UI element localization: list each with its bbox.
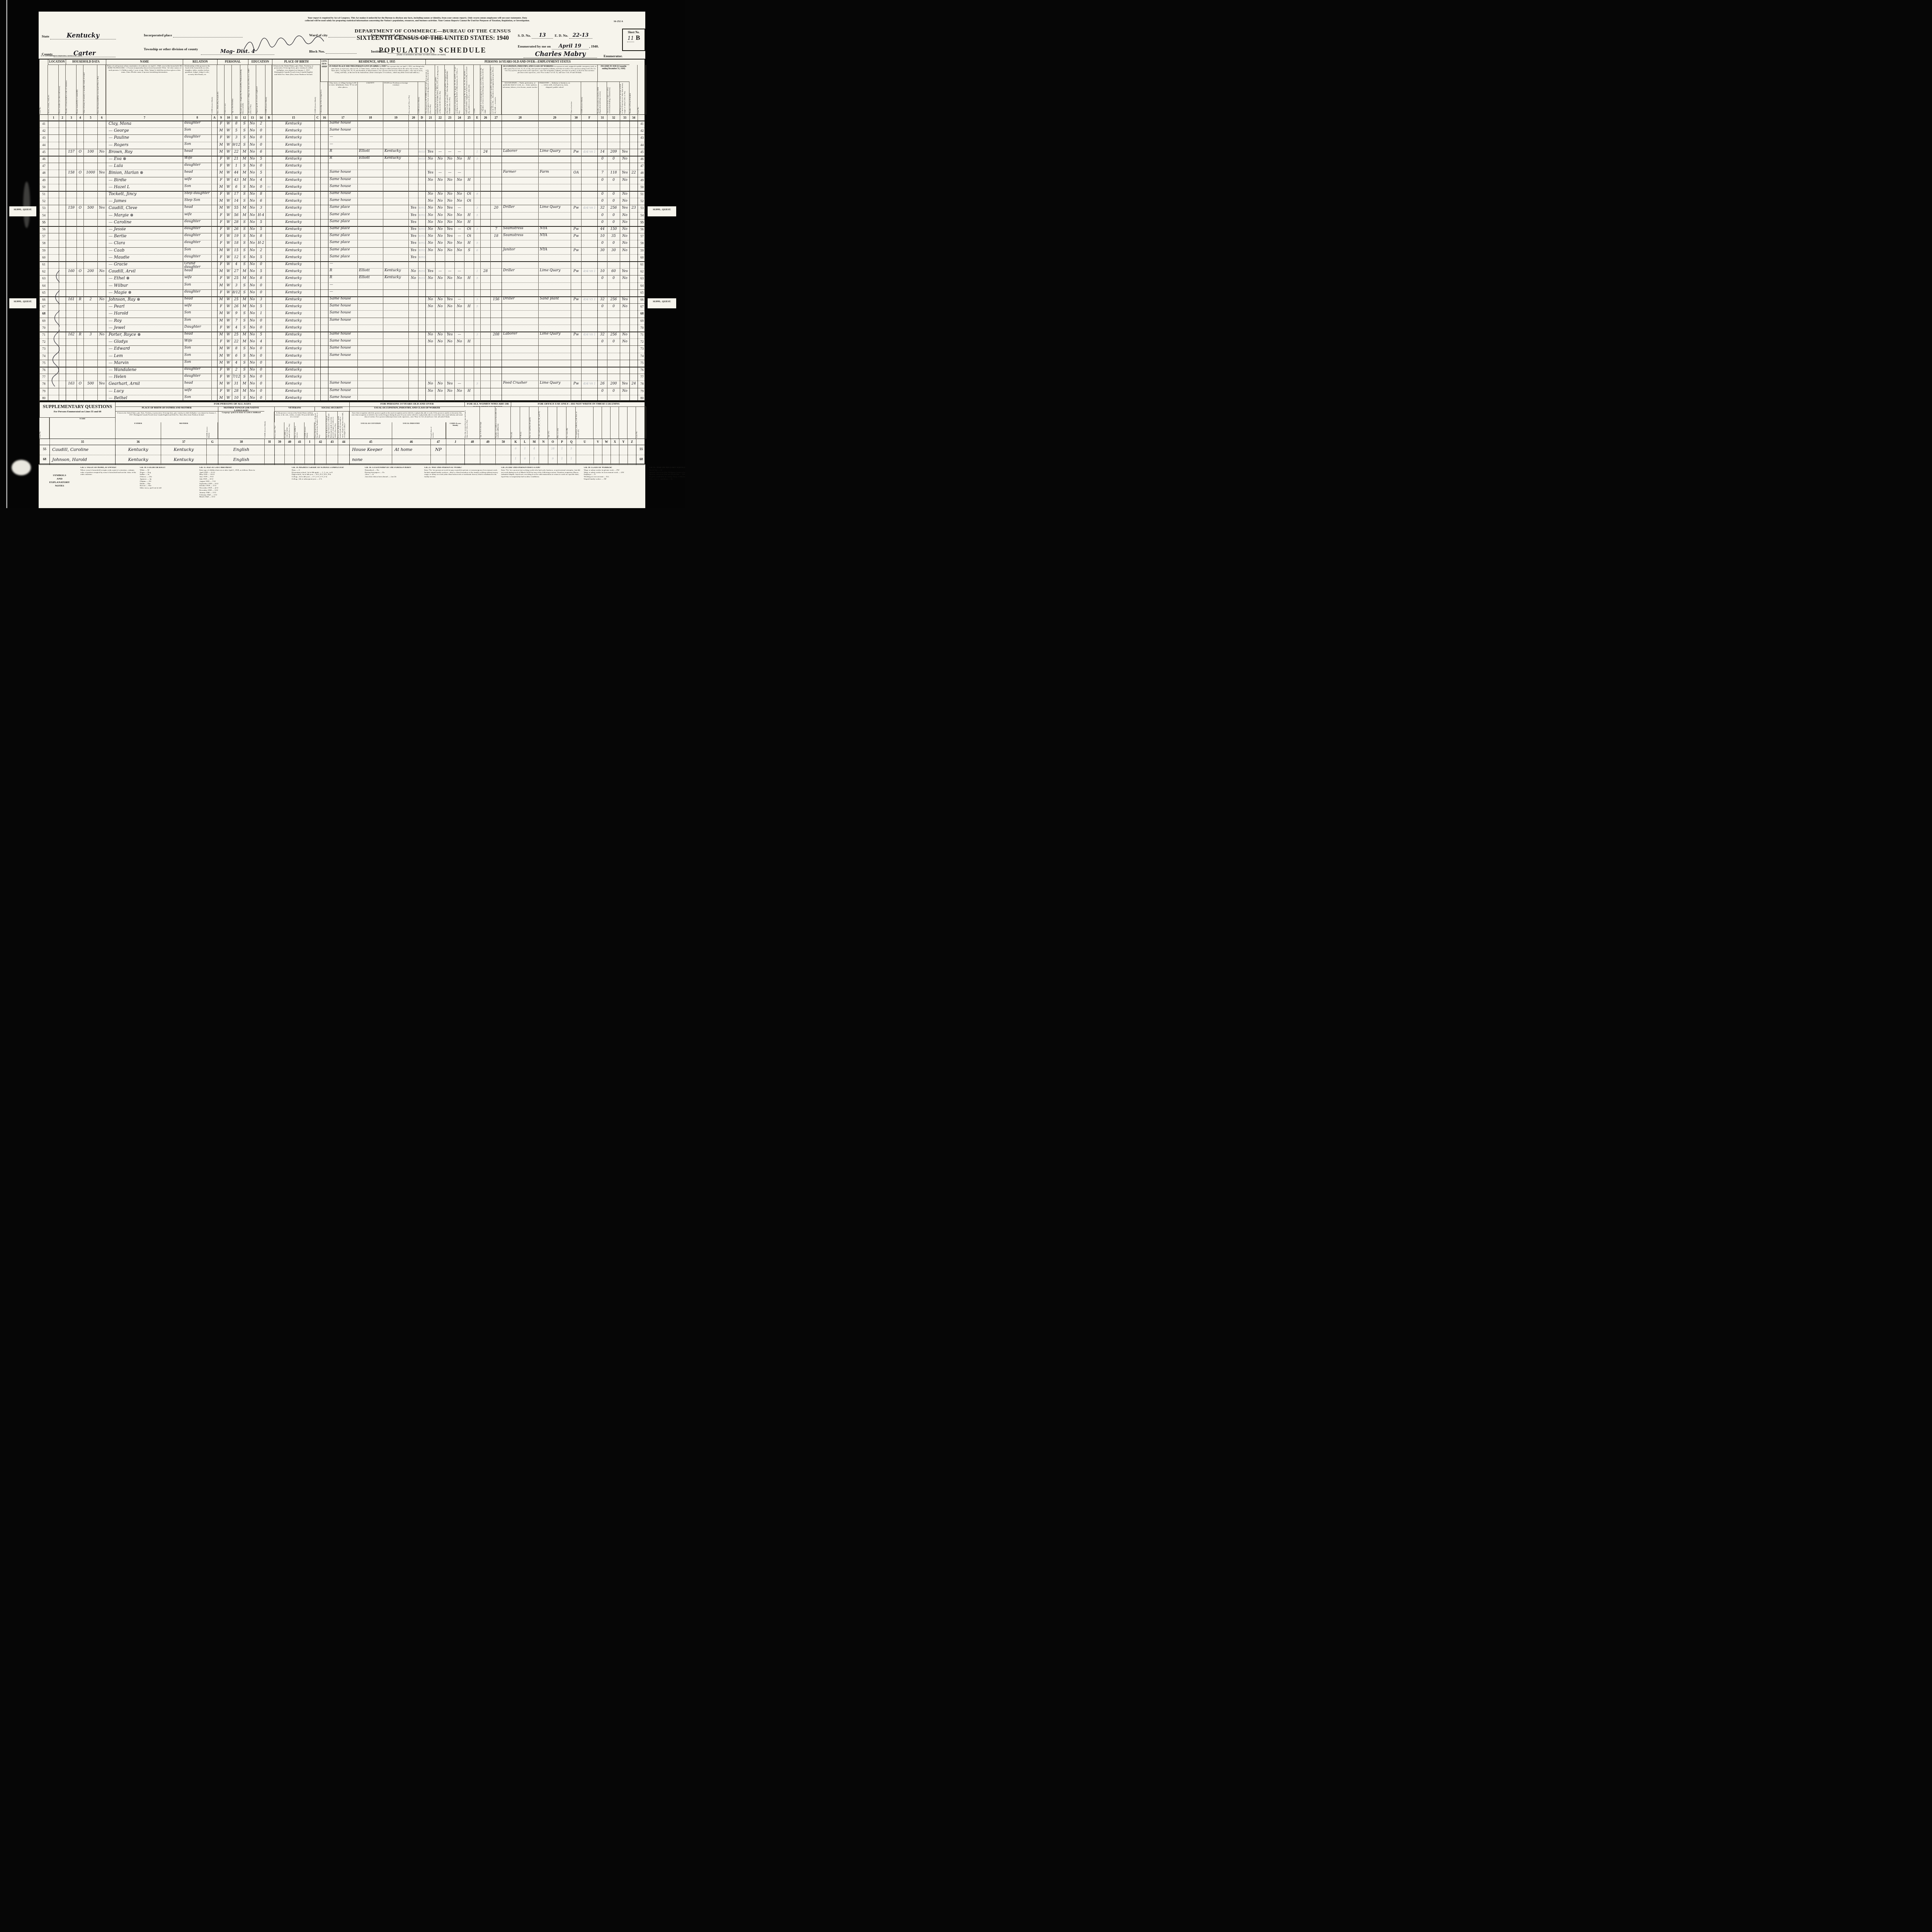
cell-value: 5 (474, 241, 480, 245)
cell-value: F (218, 234, 224, 238)
cell-value: 208 (491, 333, 502, 337)
cell-20 (408, 353, 418, 360)
column-label: For persons answering 'No' to quest. 21,… (464, 65, 474, 114)
cell-12: M (240, 303, 248, 310)
cell-A (211, 198, 217, 205)
cell-30 (571, 254, 581, 261)
cell-3 (66, 275, 77, 282)
table-row: 43— PaulinedaughterFW3SNo0Kentucky—43 (39, 134, 645, 142)
cell-1 (48, 219, 59, 226)
column-subheader: OCCUPATION, INDUSTRY, AND CLASS OF WORKE… (502, 65, 597, 82)
cell-28 (502, 177, 538, 184)
cell-value: 58 (40, 241, 48, 245)
cell-28 (502, 367, 538, 374)
cell-19: Kentucky (383, 275, 408, 282)
cell-24 (454, 254, 464, 261)
cell-value: Kentucky (272, 185, 315, 189)
cell-5 (83, 367, 97, 374)
cell-line: 72 (39, 338, 48, 345)
cell-value: — (455, 234, 464, 238)
cell-value: Pw (571, 382, 581, 386)
cell-12: S (240, 282, 248, 289)
cell-17 (328, 163, 357, 170)
cell-18 (357, 240, 383, 247)
cell-4 (77, 310, 83, 317)
cell-value: S (241, 375, 248, 379)
cell-19 (383, 296, 408, 303)
cell-value: H (464, 241, 474, 245)
cell-1 (48, 240, 59, 247)
cell-value: F (218, 157, 224, 161)
cell-11: 22 (232, 149, 240, 156)
cell-3: 159 (66, 205, 77, 212)
cell-C (315, 226, 320, 233)
cell-value: 159 (66, 206, 77, 210)
institution-note: (Name of institution and lines on which … (371, 54, 471, 56)
cell-value: 73 (40, 347, 48, 350)
cell-value: Kentucky (272, 136, 315, 139)
cell-27 (490, 191, 502, 198)
cell-F (581, 345, 597, 352)
cell-value: Kentucky (272, 319, 315, 323)
cell-A (211, 156, 217, 163)
cell-23: — (445, 268, 454, 275)
cell-value: No (435, 389, 445, 393)
cell-4 (77, 212, 83, 219)
column-label: Number of Farm Schedule (629, 65, 638, 114)
column-group: RELATION (183, 60, 217, 65)
cell-value: No (248, 178, 256, 182)
cell-value: 55 (638, 220, 646, 224)
cell-30: Pw (571, 205, 581, 212)
cell-21 (425, 310, 435, 317)
cell-21 (425, 318, 435, 325)
cell-value: 45 (40, 150, 48, 154)
cell-20 (408, 156, 418, 163)
cell-28 (502, 128, 538, 134)
cell-29 (538, 198, 571, 205)
cell-15: Kentucky (272, 163, 315, 170)
supp-cell-V (594, 445, 602, 455)
cell-21 (425, 121, 435, 128)
cell-13: No (248, 254, 256, 261)
cell-value: Clay, Mona (106, 121, 183, 126)
cell-value: No (455, 199, 464, 203)
cell-value: No (426, 382, 435, 386)
cell-F (581, 142, 597, 149)
cell-E (474, 170, 480, 177)
cell-value: Kentucky (272, 354, 315, 358)
cell-B (265, 381, 272, 388)
cell-3 (66, 134, 77, 141)
cell-value: Yes (409, 248, 418, 252)
cell-9: F (217, 261, 224, 268)
cell-10: W (224, 325, 232, 332)
cell-15: Kentucky (272, 121, 315, 128)
cell-12: S (240, 325, 248, 332)
cell-value: 57 (638, 234, 646, 238)
cell-value: Kentucky (272, 389, 315, 393)
cell-value: 0 (607, 213, 620, 217)
cell-11: 4 (232, 261, 240, 268)
cell-22 (435, 134, 445, 141)
cell-18 (357, 353, 383, 360)
cell-value: 0 (257, 185, 265, 189)
cell-1 (48, 198, 59, 205)
cell-27 (490, 212, 502, 219)
supp-cell-K: 0 (511, 445, 520, 455)
cell-value: — (455, 150, 464, 154)
cell-C (315, 289, 320, 296)
cell-15: Kentucky (272, 191, 315, 198)
cell-18 (357, 303, 383, 310)
cell-5 (83, 163, 97, 170)
cell-6 (97, 345, 106, 352)
cell-8: Son (183, 282, 211, 289)
column-number (39, 114, 48, 121)
table-row: 66161R2NoJohnson, Ray ⊗headMW25MNo3Kentu… (39, 296, 645, 304)
cell-B (265, 121, 272, 128)
supp-column-number: I (304, 439, 315, 445)
cell-value: Kentucky (272, 227, 315, 231)
cell-18 (357, 233, 383, 240)
cell-value: No (248, 311, 256, 315)
cell-32 (607, 325, 620, 332)
supp-subnote: Enter that occupation which the person r… (349, 412, 464, 422)
cell-19 (383, 289, 408, 296)
sheet-value: 11 (628, 36, 634, 41)
cell-value: Binion, Harlan ⊗ (106, 170, 183, 175)
column-label: Amount of money wages or salary received… (607, 82, 620, 114)
cell-value: 7/12 (232, 375, 240, 379)
cell-25: H (464, 338, 474, 345)
note-block: Col. 5. VALUE OF HOME, IF OWNED:Where ow… (80, 467, 138, 506)
cell-value: 4 (257, 178, 265, 182)
cell-value: F (218, 220, 224, 224)
cell-13: No (248, 268, 256, 275)
cell-13: No (248, 156, 256, 163)
cell-line: 64 (638, 282, 646, 289)
supp-cell-Y (619, 455, 628, 465)
cell-16 (320, 233, 328, 240)
cell-10: W (224, 282, 232, 289)
cell-value: No (435, 276, 445, 280)
cell-17: Same place (328, 212, 357, 219)
cell-2 (59, 374, 66, 381)
cell-value: No (248, 199, 256, 203)
township-field: Mag- Dist. 4 (201, 49, 274, 55)
cell-24: — (454, 233, 464, 240)
cell-value: No (435, 340, 445, 344)
cell-value: S (241, 319, 248, 323)
cell-value: — Roy (106, 318, 183, 323)
cell-value: No (435, 382, 445, 386)
cell-9: F (217, 289, 224, 296)
cell-value: Pw (571, 298, 581, 301)
column-group: PERSONAL DESCRIPTION (217, 60, 248, 65)
cell-3 (66, 254, 77, 261)
cell-value: 5 (232, 129, 240, 133)
cell-21 (425, 353, 435, 360)
cell-E (474, 134, 480, 141)
cell-32: 0 (607, 156, 620, 163)
cell-value: 3 (474, 206, 480, 209)
cell-29 (538, 345, 571, 352)
cell-value: 52 (638, 199, 646, 203)
cell-24 (454, 360, 464, 367)
cell-value: Kentucky (383, 150, 408, 153)
cell-18 (357, 282, 383, 289)
column-label: If not, was he at work on, or assigned t… (435, 65, 445, 114)
supp-cell-45: House Keeper (349, 445, 392, 455)
cell-9: F (217, 367, 224, 374)
cell-C (315, 367, 320, 374)
cell-value: 2 (84, 298, 97, 301)
cell-E (474, 184, 480, 191)
cell-C (315, 296, 320, 303)
cell-18 (357, 177, 383, 184)
cell-17: Same house (328, 332, 357, 338)
cell-value: 25 (232, 333, 240, 337)
cell-28 (502, 198, 538, 205)
cell-17: R (328, 156, 357, 163)
column-number: 25 (464, 114, 474, 121)
cell-34 (629, 374, 638, 381)
cell-value: 62 (40, 269, 48, 273)
cell-value: Tockett, Jincy (106, 192, 183, 196)
cell-18 (357, 310, 383, 317)
cell-23 (445, 367, 454, 374)
block-label: Block Nos. (309, 49, 325, 53)
cell-value: Same house (328, 318, 357, 322)
cell-value: Caudill, Arvil (106, 269, 183, 274)
cell-14: 3 (256, 205, 265, 212)
cell-A (211, 381, 217, 388)
cell-line: 63 (39, 275, 48, 282)
cell-value: 31 (232, 382, 240, 386)
cell-25: H (464, 388, 474, 395)
cell-26 (480, 233, 490, 240)
cell-3 (66, 367, 77, 374)
cell-26 (480, 367, 490, 374)
column-number: B (265, 114, 272, 121)
supp-column-label: CODE (Leave blank) (446, 422, 464, 439)
cell-9: M (217, 310, 224, 317)
cell-value: Same house (328, 339, 357, 343)
cell-value: 0 (257, 368, 265, 372)
cell-20 (408, 177, 418, 184)
cell-34 (629, 296, 638, 303)
cell-line: 71 (638, 332, 646, 338)
cell-12: S (240, 345, 248, 352)
table-row: 57— BertiedaughterFW19SNo8KentuckySame p… (39, 233, 645, 240)
cell-10: W (224, 247, 232, 254)
cell-C (315, 268, 320, 275)
cell-30 (571, 219, 581, 226)
cell-15: Kentucky (272, 177, 315, 184)
table-row: 67— PearlwifeFW26MNo5KentuckySame houseN… (39, 303, 645, 311)
cell-value: Yes (409, 234, 418, 238)
cell-value: — George (106, 128, 183, 133)
cell-value: No (620, 213, 629, 217)
cell-15: Kentucky (272, 268, 315, 275)
cell-value: M (218, 199, 224, 203)
cell-value: No (620, 199, 629, 203)
cell-6: No (97, 268, 106, 275)
supp-column-label: MOTHER (161, 422, 206, 439)
cell-line: 57 (39, 233, 48, 240)
cell-value: 500 (84, 206, 97, 210)
supp-cell-W (602, 445, 611, 455)
cell-9: M (217, 268, 224, 275)
cell-value: — (445, 171, 454, 175)
cell-2 (59, 170, 66, 177)
column-number: 23 (445, 114, 454, 121)
cell-value: 68 (636, 457, 646, 461)
cell-F: 454 V6 1 (581, 205, 597, 212)
cell-14: 0 (256, 184, 265, 191)
cell-B (265, 170, 272, 177)
cell-value: — Lucy (106, 389, 183, 393)
cell-23: Yes (445, 296, 454, 303)
cell-line: 46 (638, 156, 646, 163)
cell-value: head (183, 332, 211, 336)
cell-value: H (464, 220, 474, 224)
cell-13: No (248, 198, 256, 205)
cell-1 (48, 268, 59, 275)
cell-value: Kentucky (272, 234, 315, 238)
cell-line: 77 (39, 374, 48, 381)
column-number: 18 (357, 114, 383, 121)
cell-6: Yes (97, 205, 106, 212)
cell-13: No (248, 296, 256, 303)
cell-25 (464, 205, 474, 212)
cell-value: Wife (183, 156, 211, 160)
cell-13: No (248, 338, 256, 345)
cell-14: 0 (256, 163, 265, 170)
cell-19 (383, 381, 408, 388)
supp-cell-36: Kentucky (115, 445, 161, 455)
cell-17: R (328, 149, 357, 156)
cell-line: 53 (638, 205, 646, 212)
cell-13: No (248, 275, 256, 282)
cell-30 (571, 388, 581, 395)
table-row: 73— EdwardSonMW8SNo0KentuckySame house73 (39, 345, 645, 353)
scan-artifact (12, 460, 31, 475)
cell-5 (83, 233, 97, 240)
cell-value: 5 (567, 447, 576, 450)
cell-value: 118 (607, 171, 620, 175)
cell-line: 74 (638, 353, 646, 360)
cell-value: Yes (98, 382, 106, 386)
sheet-label: Sheet No. (623, 31, 645, 34)
cell-33: Yes (620, 296, 629, 303)
cell-4 (77, 388, 83, 395)
cell-25: H (464, 156, 474, 163)
cell-5 (83, 325, 97, 332)
cell-14: 3 (256, 296, 265, 303)
cell-value: 0 (257, 382, 265, 386)
cell-24 (454, 345, 464, 352)
cell-8: daughter (183, 240, 211, 247)
cell-value: X0V2 (418, 235, 425, 238)
cell-value: No (248, 129, 256, 133)
supp-cell-G (206, 455, 218, 465)
cell-value: Pw (571, 227, 581, 231)
cell-2 (59, 254, 66, 261)
cell-A (211, 128, 217, 134)
cell-8: head (183, 268, 211, 275)
column-number (638, 114, 646, 121)
cell-value: — Pearl (106, 304, 183, 309)
township-label: Township or other division of county (144, 47, 198, 51)
cell-7: — Wandalene (106, 367, 183, 374)
cell-10: W (224, 177, 232, 184)
cell-13: No (248, 247, 256, 254)
cell-2 (59, 156, 66, 163)
cell-16 (320, 360, 328, 367)
cell-value: No (426, 178, 435, 182)
supp-cell-P: 1 (557, 445, 566, 455)
cell-value: Driller (502, 269, 538, 272)
cell-31 (597, 261, 607, 268)
cell-18 (357, 121, 383, 128)
cell-value: Kentucky (272, 291, 315, 294)
cell-8: wife (183, 303, 211, 310)
cell-value: No (455, 248, 464, 252)
cell-14: 8 (256, 233, 265, 240)
unincorporated-field: Unincorporated place (Name of unincorpor… (371, 33, 471, 40)
cell-30 (571, 374, 581, 381)
column-label: On a farm? (Yes or No) (408, 82, 418, 114)
cell-value: 0 (257, 361, 265, 365)
cell-B (265, 219, 272, 226)
cell-value: — (455, 269, 464, 273)
cell-value: M (241, 178, 248, 182)
cell-C (315, 338, 320, 345)
cell-value: Same place (328, 241, 357, 244)
cell-30 (571, 142, 581, 149)
note-block: Col. 10. COLOR OR RACE:White — WNegro — … (140, 467, 198, 506)
cell-E (474, 338, 480, 345)
cell-16 (320, 121, 328, 128)
cell-value: W (225, 284, 232, 287)
cell-31 (597, 360, 607, 367)
cell-1 (48, 353, 59, 360)
cell-value: 162 (66, 333, 77, 337)
cell-value: No (435, 199, 445, 203)
cell-32 (607, 128, 620, 134)
incorporated-label: Incorporated place (144, 33, 172, 37)
cell-line: 41 (638, 121, 646, 128)
cell-line: 45 (638, 149, 646, 156)
cell-12: S (240, 163, 248, 170)
scan-artifact (23, 182, 30, 228)
cell-29 (538, 303, 571, 310)
cell-line: 57 (638, 233, 646, 240)
cell-21 (425, 128, 435, 134)
cell-18 (357, 128, 383, 134)
cell-value: No (248, 150, 256, 154)
cell-value: 0 (607, 192, 620, 196)
cell-27 (490, 282, 502, 289)
cell-15: Kentucky (272, 388, 315, 395)
cell-value: — Magie ⊗ (106, 290, 183, 295)
cell-9: M (217, 318, 224, 325)
cell-F (581, 318, 597, 325)
cell-line: 63 (638, 275, 646, 282)
cell-value: No (248, 248, 256, 252)
